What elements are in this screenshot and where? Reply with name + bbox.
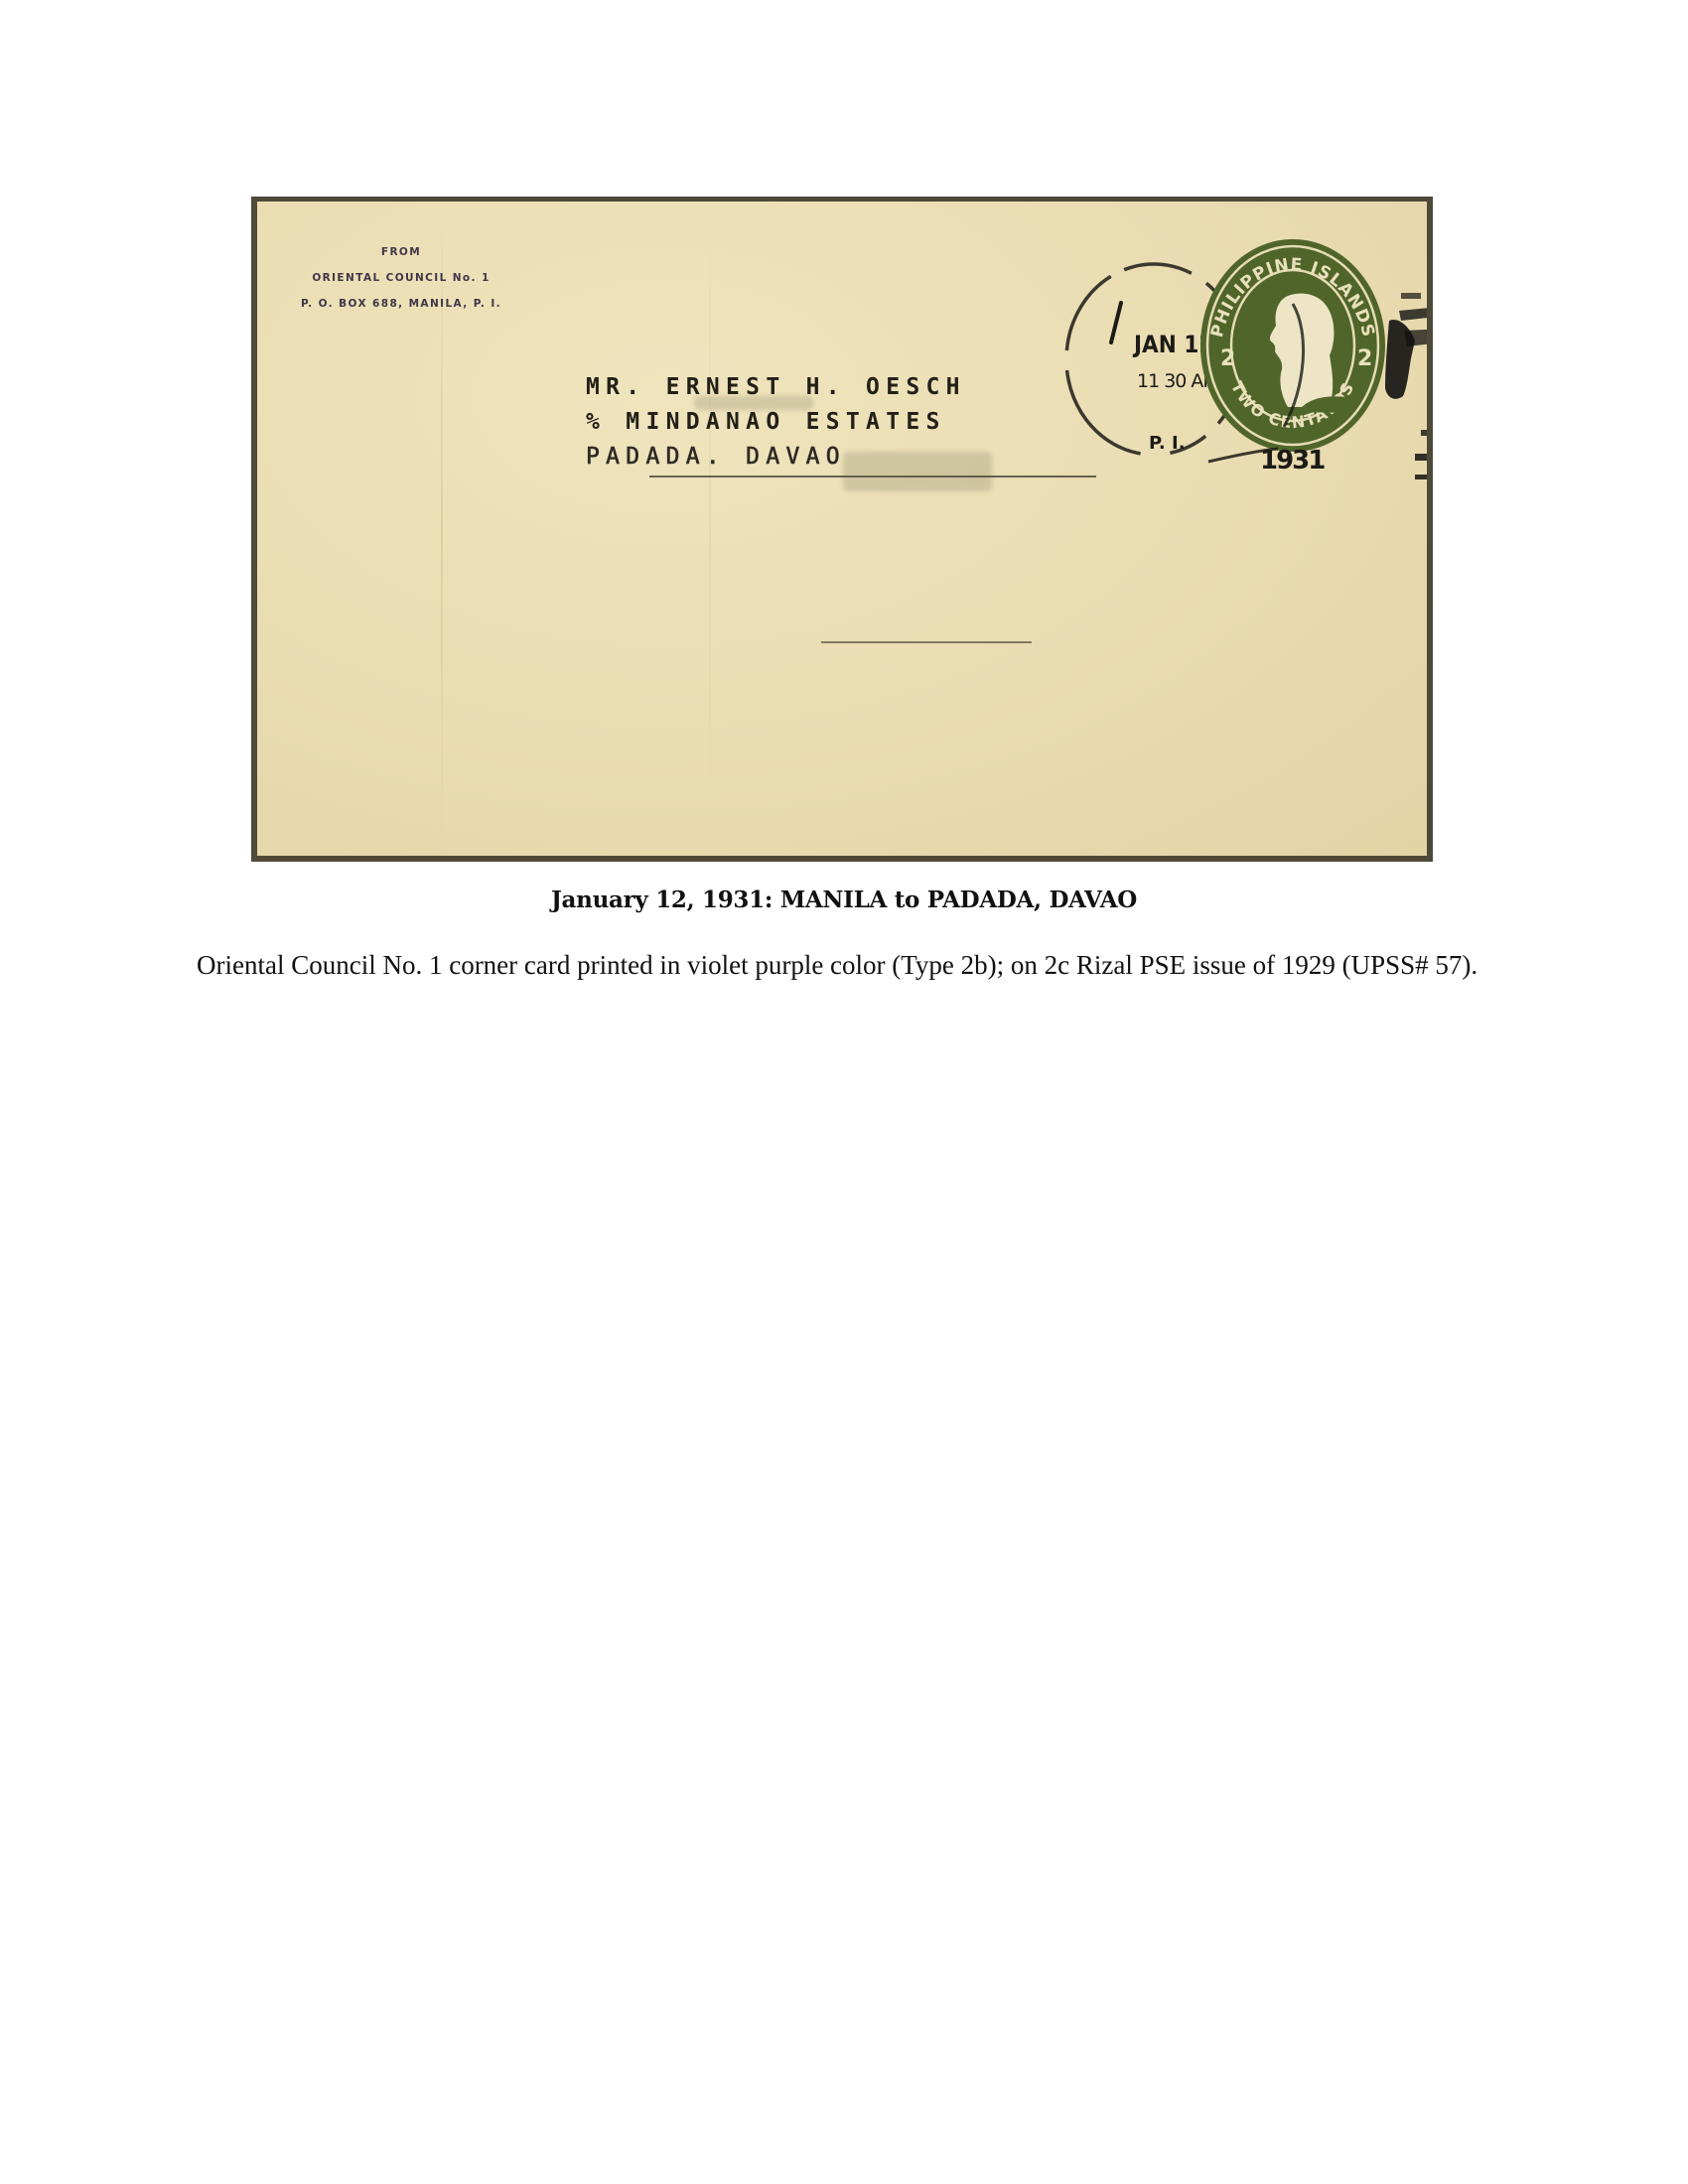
addressee-name: MR. ERNEST H. OESCH (586, 370, 966, 405)
addressee-care-of: % MINDANAO ESTATES (586, 405, 966, 440)
cancellation-bars (1349, 221, 1427, 479)
caption-description: Oriental Council No. 1 corner card print… (197, 948, 1487, 982)
return-address-from: FROM (277, 239, 525, 265)
postmark-year: 1931 (1260, 446, 1325, 476)
corner-card-return-address: FROM ORIENTAL COUNCIL No. 1 P. O. BOX 68… (277, 239, 525, 317)
addressee-locality: PADADA. DAVAO (586, 440, 966, 475)
return-address-organization: ORIENTAL COUNCIL No. 1 (277, 265, 525, 291)
stamp-value-left: 2 (1220, 346, 1235, 371)
envelope-paper: FROM ORIENTAL COUNCIL No. 1 P. O. BOX 68… (257, 202, 1427, 856)
envelope-image: FROM ORIENTAL COUNCIL No. 1 P. O. BOX 68… (251, 197, 1433, 862)
return-address-po-box: P. O. BOX 688, MANILA, P. I. (277, 291, 525, 317)
caption-title: January 12, 1931: MANILA to PADADA, DAVA… (0, 887, 1688, 913)
addressee-block: MR. ERNEST H. OESCH % MINDANAO ESTATES P… (586, 370, 966, 475)
paper-fold (709, 202, 711, 856)
postmark-region: P. I. (1149, 433, 1186, 454)
address-rule-bottom (821, 641, 1032, 643)
